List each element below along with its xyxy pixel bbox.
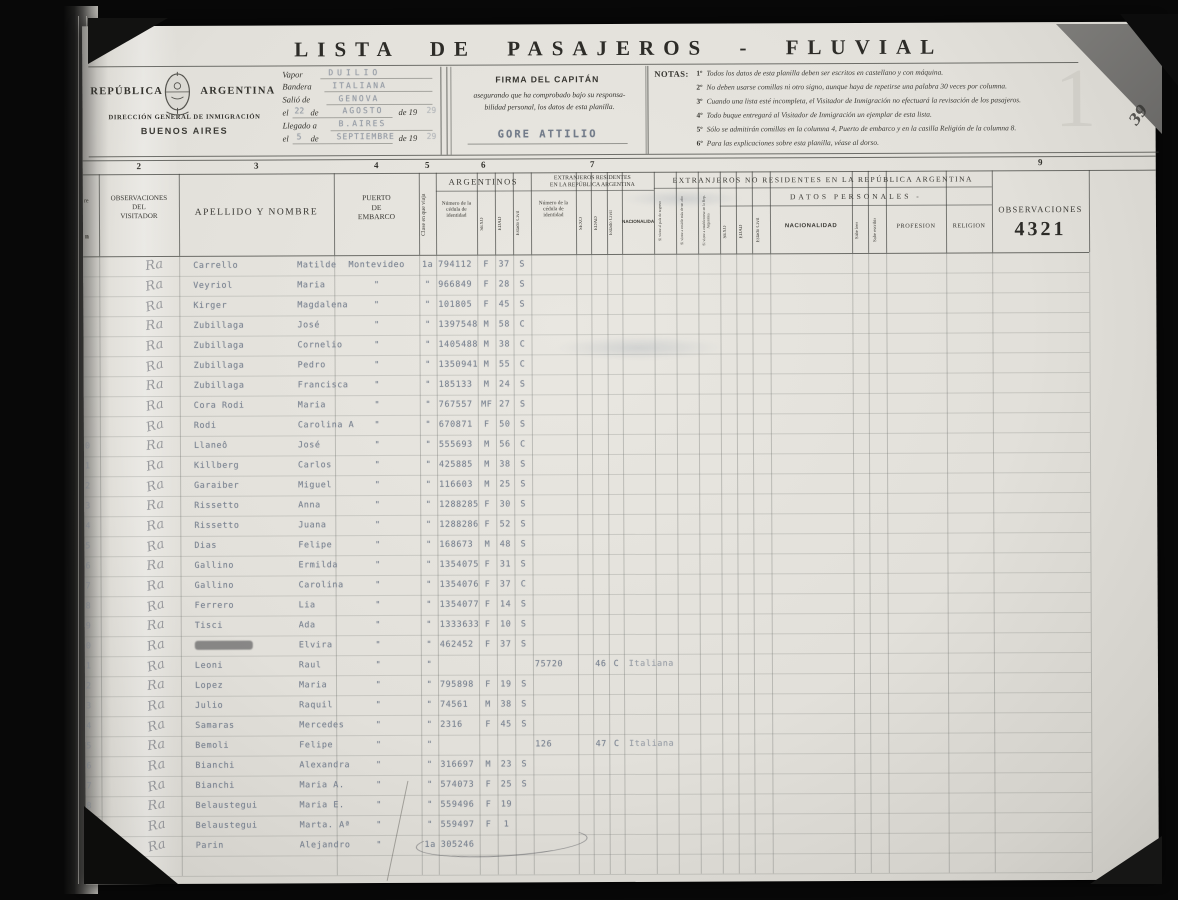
cell-puerto-embarco: " bbox=[336, 699, 421, 709]
cell-apellido: Dias bbox=[194, 539, 294, 549]
visitador-handwritten-mark: Ra bbox=[144, 414, 177, 436]
cell-puerto-embarco: " bbox=[336, 739, 421, 749]
cell-arg-cedula: 670871 bbox=[439, 419, 479, 429]
cell-arg-edad: 23 bbox=[497, 758, 515, 768]
cell-arg-estado: C bbox=[514, 358, 532, 368]
visitador-handwritten-mark: Ra bbox=[145, 435, 177, 454]
visitador-handwritten-mark: Ra bbox=[146, 714, 179, 736]
cell-arg-edad: 31 bbox=[496, 558, 514, 568]
cell-clase: " bbox=[420, 399, 437, 409]
cell-arg-sexo: F bbox=[479, 679, 497, 689]
cell-row-number: 6 bbox=[85, 560, 98, 570]
cell-arg-cedula: 116603 bbox=[439, 479, 479, 489]
cell-apellido: Bemoli bbox=[195, 739, 295, 749]
cell-arg-edad: 38 bbox=[497, 698, 515, 708]
cell-clase: 1a bbox=[419, 259, 436, 269]
visitador-handwritten-mark: Ra bbox=[144, 294, 177, 316]
cell-arg-cedula: 168673 bbox=[439, 539, 479, 549]
cell-row-number: 1 bbox=[86, 660, 99, 670]
cell-puerto-embarco: " bbox=[335, 379, 420, 389]
table-row: 0RaParinAlejandro"1a305246 bbox=[86, 832, 1159, 857]
cell-arg-edad: 48 bbox=[496, 538, 514, 548]
cell-clase: " bbox=[422, 819, 439, 829]
cell-arg-estado: S bbox=[515, 718, 533, 728]
cell-arg-cedula: 1354076 bbox=[440, 579, 480, 589]
cell-arg-edad: 27 bbox=[496, 398, 514, 408]
cell-arg-estado: S bbox=[515, 618, 533, 628]
cell-apellido: Kirger bbox=[193, 299, 293, 309]
cell-clase: " bbox=[421, 739, 438, 749]
cell-extr-edad: 46 bbox=[593, 658, 609, 668]
cell-apellido: Gallino bbox=[195, 579, 295, 589]
cell-arg-sexo: M bbox=[477, 339, 495, 349]
cell-puerto-embarco: " bbox=[335, 399, 420, 409]
cell-arg-cedula: 1350941 bbox=[439, 359, 479, 369]
cell-arg-edad: 28 bbox=[495, 278, 513, 288]
cell-puerto-embarco: " bbox=[334, 279, 419, 289]
cell-arg-sexo: F bbox=[480, 799, 498, 809]
cell-puerto-embarco: " bbox=[334, 299, 419, 309]
visitador-handwritten-mark: Ra bbox=[146, 675, 178, 694]
cell-arg-estado: S bbox=[514, 498, 532, 508]
cell-apellido: Tisci bbox=[195, 619, 295, 629]
visitador-handwritten-mark: Ra bbox=[145, 375, 177, 394]
cell-arg-cedula: 1354075 bbox=[439, 559, 479, 569]
cell-arg-sexo: M bbox=[478, 439, 496, 449]
cell-apellido: Rissetto bbox=[194, 519, 294, 529]
cell-arg-edad: 14 bbox=[497, 598, 515, 608]
cell-arg-cedula: 462452 bbox=[440, 639, 480, 649]
cell-puerto-embarco: " bbox=[336, 599, 421, 609]
visitador-handwritten-mark: Ra bbox=[145, 315, 177, 334]
cell-apellido: Belaustegui bbox=[196, 819, 296, 829]
cell-apellido: Leoni bbox=[195, 659, 295, 669]
cell-puerto-embarco: " bbox=[336, 659, 421, 669]
cell-puerto-embarco: " bbox=[336, 639, 421, 649]
cell-puerto-embarco: " bbox=[334, 319, 419, 329]
cell-puerto-embarco: Montevideo bbox=[334, 259, 419, 269]
cell-puerto-embarco: " bbox=[336, 579, 421, 589]
cell-arg-estado: S bbox=[515, 638, 533, 648]
cell-arg-sexo: F bbox=[477, 259, 495, 269]
cell-clase: " bbox=[420, 439, 437, 449]
cell-clase: " bbox=[421, 699, 438, 709]
cell-row-number: 5 bbox=[85, 540, 98, 550]
cell-extr-edad: 47 bbox=[593, 738, 609, 748]
cell-arg-cedula: 425885 bbox=[439, 459, 479, 469]
cell-arg-sexo: F bbox=[479, 639, 497, 649]
cell-puerto-embarco: " bbox=[335, 359, 420, 369]
cell-arg-estado: S bbox=[513, 278, 531, 288]
visitador-handwritten-mark: Ra bbox=[146, 694, 178, 715]
cell-row-number: 9 bbox=[86, 620, 99, 630]
cell-arg-sexo: M bbox=[478, 479, 496, 489]
cell-apellido: Rodi bbox=[194, 419, 294, 429]
cell-arg-estado: S bbox=[514, 518, 532, 528]
cell-clase: " bbox=[420, 559, 437, 569]
cell-clase: " bbox=[420, 339, 437, 349]
cell-row-number: 2 bbox=[86, 680, 99, 690]
cell-clase: " bbox=[422, 799, 439, 809]
cell-arg-edad: 25 bbox=[497, 778, 515, 788]
cell-puerto-embarco: " bbox=[337, 799, 422, 809]
cell-apellido: Julio bbox=[195, 699, 295, 709]
cell-arg-edad: 25 bbox=[496, 478, 514, 488]
visitador-handwritten-mark: Ra bbox=[145, 534, 178, 556]
cell-clase: " bbox=[421, 619, 438, 629]
cell-clase: " bbox=[420, 519, 437, 529]
cell-apellido: Veyriol bbox=[193, 279, 293, 289]
cell-arg-sexo: F bbox=[479, 579, 497, 589]
cell-arg-sexo: F bbox=[478, 419, 496, 429]
visitador-handwritten-mark: Ra bbox=[147, 795, 179, 814]
cell-apellido: Zubillaga bbox=[194, 359, 294, 369]
cell-puerto-embarco: " bbox=[336, 619, 421, 629]
cell-arg-estado: S bbox=[514, 378, 532, 388]
cell-row-number: 4 bbox=[86, 720, 99, 730]
cell-arg-edad: 37 bbox=[497, 578, 515, 588]
visitador-handwritten-mark: Ra bbox=[146, 634, 178, 655]
cell-apellido: Rissetto bbox=[194, 499, 294, 509]
cell-row-number: 8 bbox=[87, 800, 100, 810]
cell-puerto-embarco: " bbox=[335, 419, 420, 429]
cell-arg-sexo: F bbox=[477, 299, 495, 309]
cell-arg-edad: 45 bbox=[495, 298, 513, 308]
visitador-handwritten-mark: Ra bbox=[145, 495, 177, 514]
cell-arg-estado: S bbox=[515, 778, 533, 788]
cell-arg-cedula: 574073 bbox=[440, 779, 480, 789]
crossed-out-surname bbox=[195, 641, 253, 650]
cell-puerto-embarco: " bbox=[335, 439, 420, 449]
cell-arg-estado: C bbox=[515, 578, 533, 588]
cell-apellido: Samaras bbox=[195, 719, 295, 729]
cell-arg-cedula: 1333633 bbox=[440, 619, 480, 629]
cell-arg-cedula: 795898 bbox=[440, 679, 480, 689]
cell-arg-edad: 37 bbox=[495, 258, 513, 268]
cell-row-number: 8 bbox=[86, 600, 99, 610]
cell-clase: " bbox=[420, 419, 437, 429]
cell-arg-sexo: F bbox=[477, 279, 495, 289]
cell-clase: " bbox=[420, 379, 437, 389]
cell-arg-estado: S bbox=[514, 478, 532, 488]
cell-arg-cedula: 316697 bbox=[440, 759, 480, 769]
visitador-handwritten-mark: Ra bbox=[145, 474, 178, 496]
cell-clase: " bbox=[421, 679, 438, 689]
cell-puerto-embarco: " bbox=[337, 839, 422, 849]
cell-puerto-embarco: " bbox=[335, 479, 420, 489]
page-edge-line bbox=[78, 16, 79, 884]
cell-arg-cedula: 1405488 bbox=[438, 339, 478, 349]
cell-arg-sexo: F bbox=[478, 499, 496, 509]
cell-clase: " bbox=[421, 659, 438, 669]
cell-row-number: 1 bbox=[85, 460, 98, 470]
cell-arg-cedula: 1288286 bbox=[439, 519, 479, 529]
visitador-handwritten-mark: Ra bbox=[146, 615, 178, 634]
cell-row-number: 6 bbox=[86, 760, 99, 770]
cell-apellido: Garaiber bbox=[194, 479, 294, 489]
cell-clase: " bbox=[421, 579, 438, 589]
cell-arg-estado: C bbox=[513, 338, 531, 348]
cell-arg-cedula: 559497 bbox=[441, 819, 481, 829]
cell-arg-edad: 30 bbox=[496, 498, 514, 508]
cell-arg-edad: 37 bbox=[497, 638, 515, 648]
cell-extr-cedula: 75720 bbox=[535, 658, 578, 668]
cell-clase: " bbox=[419, 279, 436, 289]
ink-bleed bbox=[623, 189, 743, 208]
cell-arg-cedula: 1288285 bbox=[439, 499, 479, 509]
cell-apellido: Zubillaga bbox=[194, 339, 294, 349]
cell-arg-sexo: M bbox=[478, 359, 496, 369]
cell-puerto-embarco: " bbox=[337, 819, 422, 829]
cell-clase: " bbox=[420, 479, 437, 489]
visitador-handwritten-mark: Ra bbox=[144, 354, 177, 376]
cell-arg-sexo: F bbox=[479, 599, 497, 609]
cell-apellido: Belaustegui bbox=[196, 799, 296, 809]
cell-row-number: 2 bbox=[85, 480, 98, 490]
cell-arg-estado: S bbox=[513, 298, 531, 308]
cell-row-number: 3 bbox=[85, 500, 98, 510]
cell-arg-cedula: 555693 bbox=[439, 439, 479, 449]
visitador-handwritten-mark: Ra bbox=[146, 814, 178, 835]
cell-row-number: 0 bbox=[86, 640, 99, 650]
cell-arg-edad: 50 bbox=[496, 418, 514, 428]
visitador-handwritten-mark: Ra bbox=[145, 594, 178, 616]
cell-row-number: 3 bbox=[86, 700, 99, 710]
cell-extr-cedula: 126 bbox=[535, 738, 578, 748]
cell-arg-sexo: F bbox=[479, 619, 497, 629]
cell-arg-edad: 45 bbox=[497, 718, 515, 728]
cell-extr-nacionalidad: Italiana bbox=[612, 738, 674, 748]
visitador-handwritten-mark: Ra bbox=[146, 555, 178, 574]
cell-arg-edad: 38 bbox=[496, 458, 514, 468]
cell-clase: " bbox=[420, 359, 437, 369]
cell-arg-estado: C bbox=[514, 438, 532, 448]
visitador-handwritten-mark: Ra bbox=[145, 394, 177, 415]
cell-arg-sexo: F bbox=[479, 719, 497, 729]
cell-arg-edad: 56 bbox=[496, 438, 514, 448]
cell-clase: " bbox=[419, 299, 436, 309]
cell-arg-sexo: M bbox=[479, 699, 497, 709]
cell-arg-estado: S bbox=[515, 698, 533, 708]
cell-extr-nacionalidad: Italiana bbox=[612, 658, 674, 668]
visitador-handwritten-mark: Ra bbox=[144, 334, 176, 355]
cell-row-number: 4 bbox=[85, 520, 98, 530]
cell-clase: " bbox=[420, 539, 437, 549]
cell-arg-edad: 58 bbox=[495, 318, 513, 328]
ink-bleed bbox=[553, 336, 723, 361]
cell-arg-sexo: F bbox=[478, 559, 496, 569]
cell-apellido: Lopez bbox=[195, 679, 295, 689]
cell-puerto-embarco: " bbox=[336, 719, 421, 729]
cell-arg-estado: S bbox=[515, 758, 533, 768]
cell-arg-edad: 19 bbox=[497, 678, 515, 688]
cell-arg-estado: S bbox=[514, 418, 532, 428]
cell-arg-estado: S bbox=[514, 398, 532, 408]
cell-arg-estado: S bbox=[514, 558, 532, 568]
cell-clase: " bbox=[419, 319, 436, 329]
cell-arg-estado: S bbox=[513, 258, 531, 268]
cell-arg-cedula: 559496 bbox=[441, 799, 481, 809]
visitador-handwritten-mark: Ra bbox=[146, 774, 179, 796]
visitador-handwritten-mark: Ra bbox=[146, 834, 179, 856]
passenger-list-page: 1 LISTA DE PASAJEROS - FLUVIAL REPÚBLICA… bbox=[82, 22, 1159, 885]
cell-clase: " bbox=[420, 499, 437, 509]
cell-row-number: 5 bbox=[86, 740, 99, 750]
cell-puerto-embarco: " bbox=[335, 519, 420, 529]
cell-apellido: Carrello bbox=[193, 259, 293, 269]
cell-apellido: Gallino bbox=[194, 559, 294, 569]
cell-puerto-embarco: " bbox=[336, 679, 421, 689]
cell-clase: " bbox=[421, 639, 438, 649]
cell-apellido: Cora Rodi bbox=[194, 399, 294, 409]
cell-puerto-embarco: " bbox=[335, 559, 420, 569]
cell-apellido: Killberg bbox=[194, 459, 294, 469]
cell-arg-edad: 10 bbox=[497, 618, 515, 628]
cell-row-number: 7 bbox=[86, 780, 99, 790]
cell-apellido: Parin bbox=[196, 839, 296, 849]
cell-arg-cedula: 74561 bbox=[440, 699, 480, 709]
cell-arg-edad: 55 bbox=[496, 358, 514, 368]
cell-arg-sexo: M bbox=[479, 759, 497, 769]
visitador-handwritten-mark: Ra bbox=[146, 754, 178, 775]
cell-arg-estado: S bbox=[515, 598, 533, 608]
cell-apellido: Zubillaga bbox=[194, 379, 294, 389]
scanned-document: 1 LISTA DE PASAJEROS - FLUVIAL REPÚBLICA… bbox=[0, 0, 1178, 900]
cell-arg-cedula: 185133 bbox=[439, 379, 479, 389]
cell-puerto-embarco: " bbox=[335, 339, 420, 349]
cell-clase: " bbox=[421, 759, 438, 769]
cell-arg-sexo: M bbox=[477, 319, 495, 329]
cell-puerto-embarco: " bbox=[335, 499, 420, 509]
cell-arg-cedula: 2316 bbox=[440, 719, 480, 729]
cell-row-number: 7 bbox=[86, 580, 99, 590]
visitador-handwritten-mark: Ra bbox=[146, 654, 179, 676]
cell-puerto-embarco: " bbox=[336, 759, 421, 769]
cell-arg-cedula: 1354077 bbox=[440, 599, 480, 609]
cell-arg-estado: S bbox=[515, 678, 533, 688]
cell-clase: " bbox=[420, 459, 437, 469]
cell-apellido: Bianchi bbox=[195, 759, 295, 769]
cell-arg-cedula: 1397548 bbox=[438, 319, 478, 329]
cell-arg-cedula: 794112 bbox=[438, 259, 478, 269]
visitador-handwritten-mark: Ra bbox=[144, 274, 176, 295]
cell-apellido: Zubillaga bbox=[193, 319, 293, 329]
cell-arg-estado: C bbox=[513, 318, 531, 328]
cell-clase: " bbox=[421, 779, 438, 789]
cell-arg-edad: 24 bbox=[496, 378, 514, 388]
cell-arg-sexo: M bbox=[478, 459, 496, 469]
visitador-handwritten-mark: Ra bbox=[144, 255, 176, 274]
cell-puerto-embarco: " bbox=[335, 539, 420, 549]
table-body: RaCarrelloMatildeMontevideo1a794112F37SR… bbox=[82, 22, 1159, 885]
cell-apellido: Ferrero bbox=[195, 599, 295, 609]
cell-row-number: 0 bbox=[85, 440, 98, 450]
visitador-handwritten-mark: Ra bbox=[145, 454, 177, 475]
cell-arg-estado: S bbox=[514, 538, 532, 548]
cell-arg-sexo: F bbox=[480, 819, 498, 829]
cell-arg-sexo: F bbox=[479, 779, 497, 789]
cell-arg-sexo: MF bbox=[478, 399, 496, 409]
cell-arg-edad: 52 bbox=[496, 518, 514, 528]
cell-apellido: Llaneô bbox=[194, 439, 294, 449]
visitador-handwritten-mark: Ra bbox=[145, 574, 177, 595]
cell-puerto-embarco: " bbox=[336, 779, 421, 789]
cell-clase: " bbox=[421, 599, 438, 609]
cell-clase: " bbox=[421, 719, 438, 729]
visitador-handwritten-mark: Ra bbox=[145, 514, 177, 535]
cell-arg-cedula: 101805 bbox=[438, 299, 478, 309]
cell-arg-edad: 19 bbox=[498, 798, 516, 808]
cell-arg-sexo: M bbox=[478, 539, 496, 549]
cell-puerto-embarco: " bbox=[335, 459, 420, 469]
cell-apellido: Bianchi bbox=[195, 779, 295, 789]
cell-arg-sexo: F bbox=[478, 519, 496, 529]
visitador-handwritten-mark: Ra bbox=[146, 735, 178, 754]
cell-arg-cedula: 966849 bbox=[438, 279, 478, 289]
cell-arg-cedula: 767557 bbox=[439, 399, 479, 409]
cell-arg-sexo: M bbox=[478, 379, 496, 389]
cell-arg-edad: 38 bbox=[495, 338, 513, 348]
cell-arg-estado: S bbox=[514, 458, 532, 468]
